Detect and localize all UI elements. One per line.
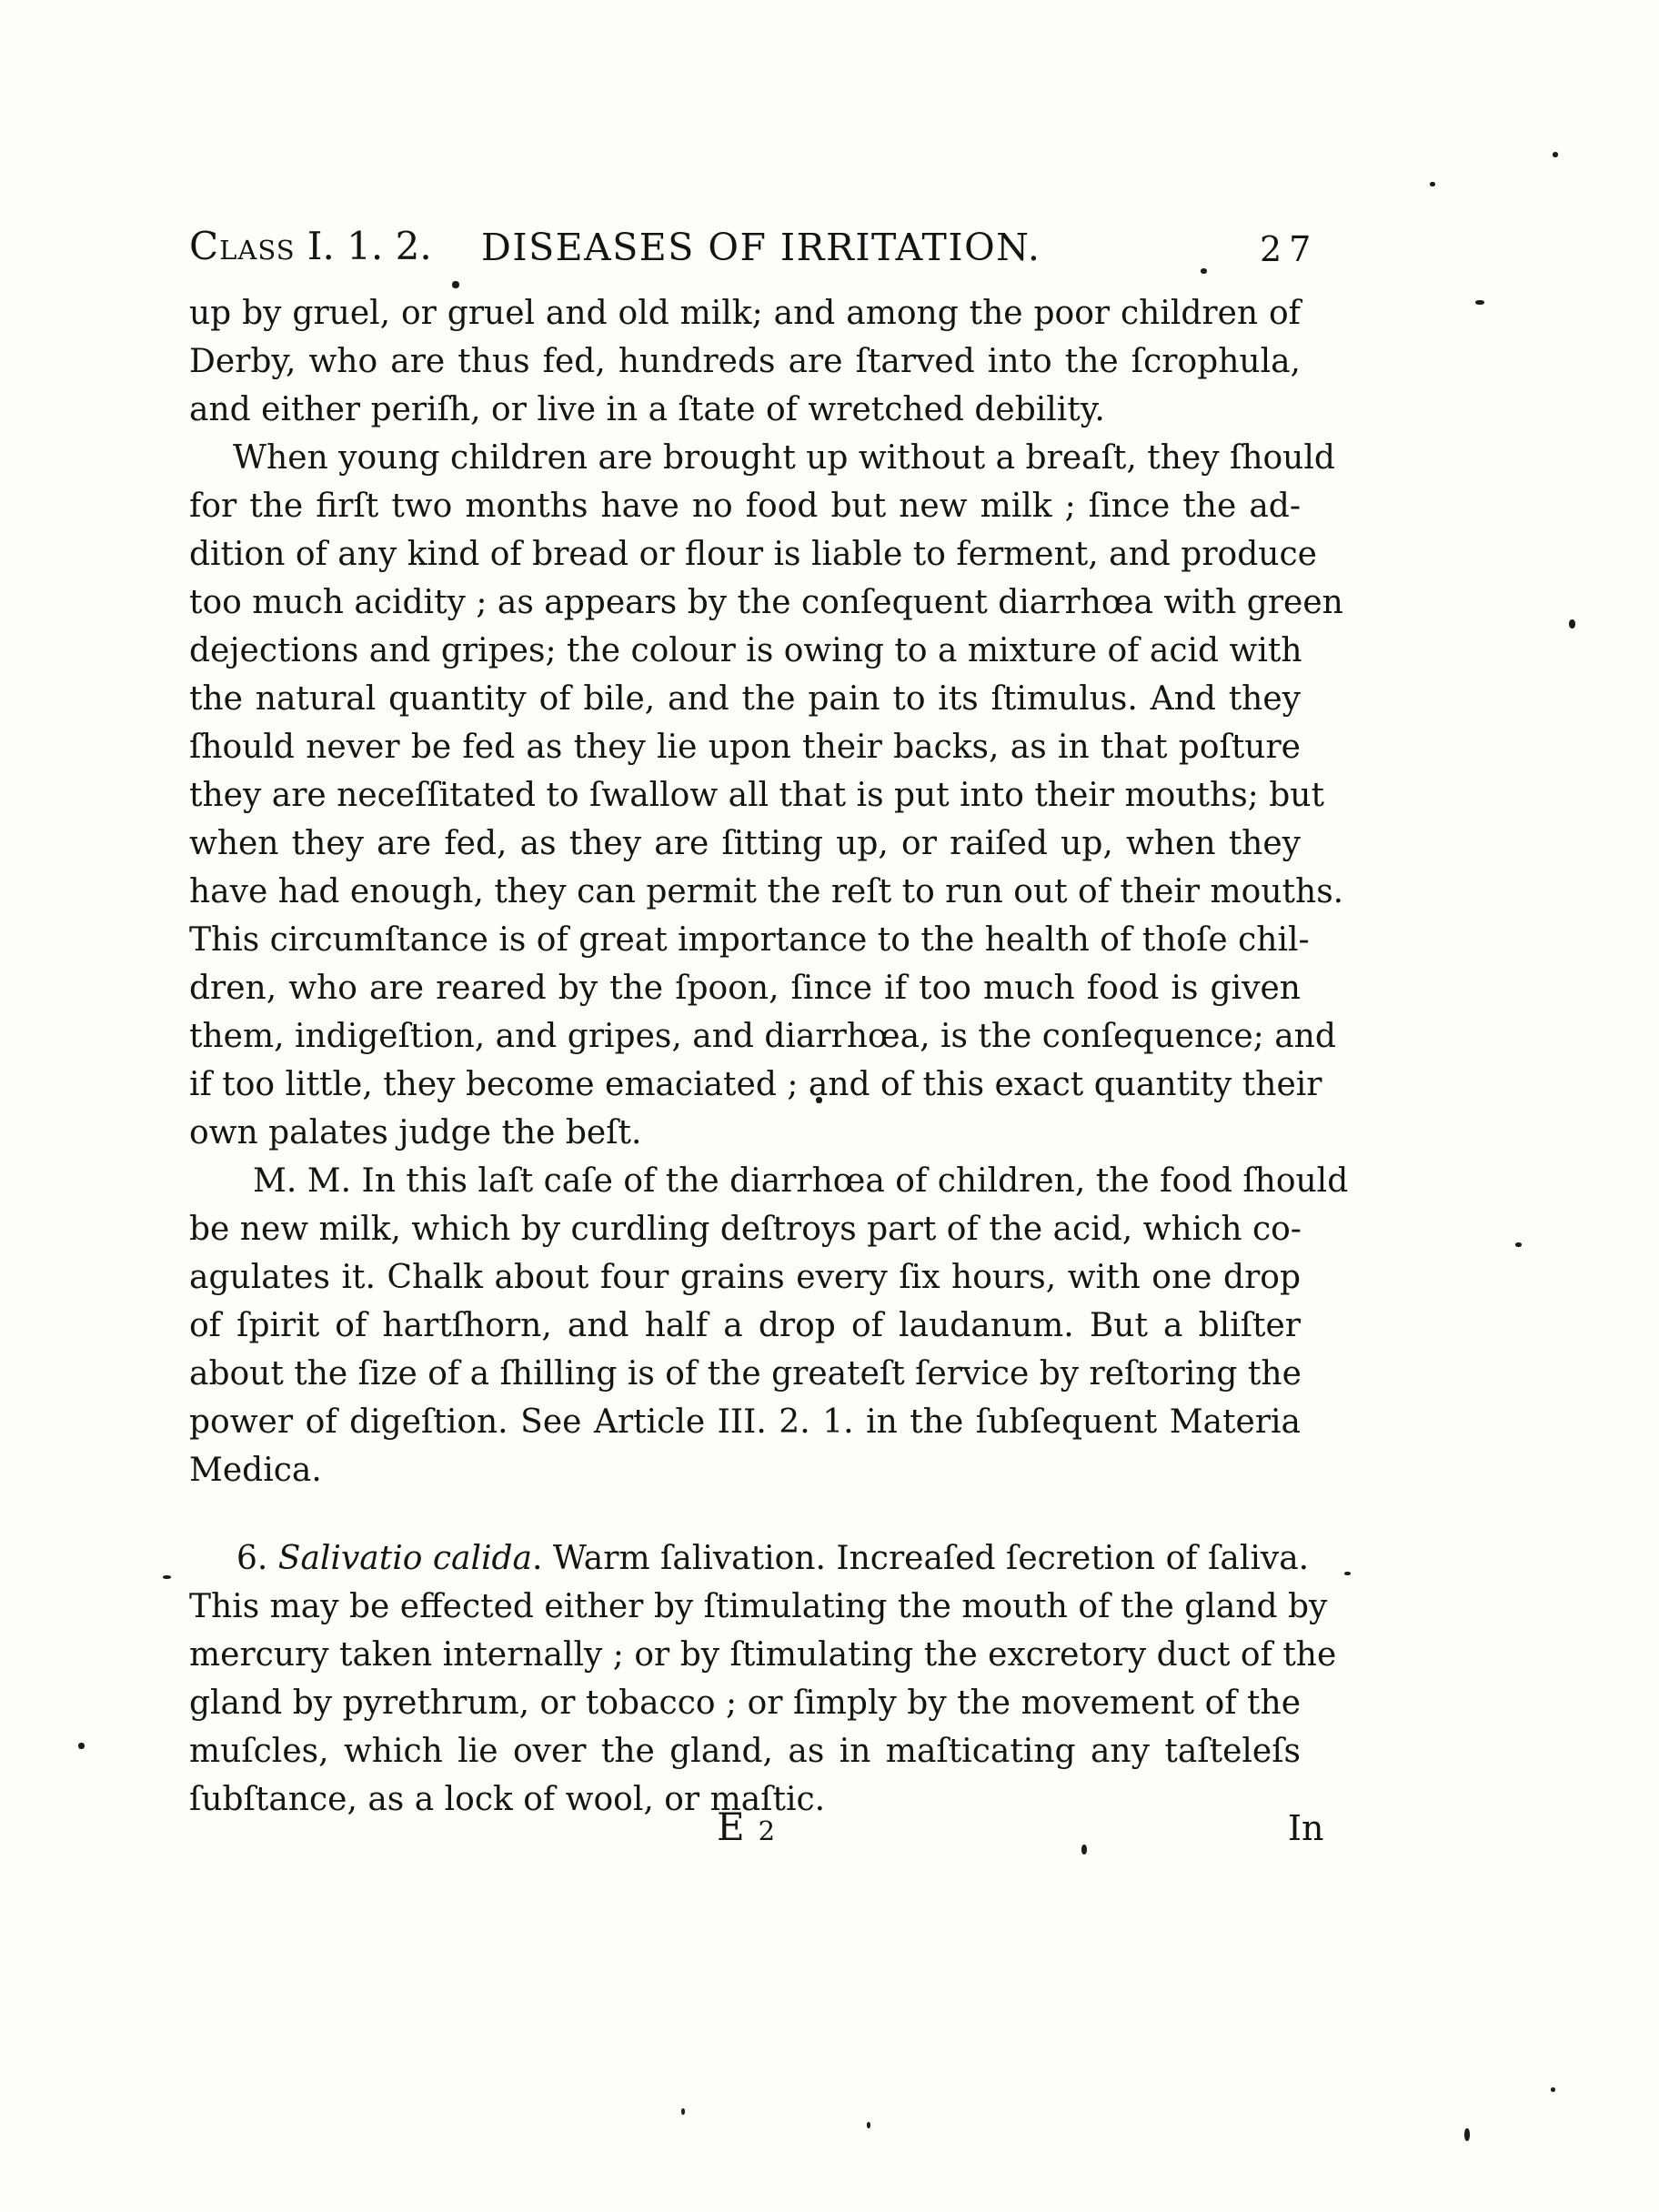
- ink-speck: [1201, 268, 1207, 274]
- text-line: This may be effected either by ſtimulati…: [189, 1583, 1301, 1631]
- text-line: This circumſtance is of great importance…: [189, 916, 1301, 964]
- text-line: they are neceſſitated to ſwallow all tha…: [189, 771, 1301, 819]
- text-line: own palates judge the beſt.: [189, 1109, 1301, 1157]
- page-title: DISEASES OF IRRITATION.: [481, 226, 1041, 269]
- text-line: of ſpirit of hartſhorn, and half a drop …: [189, 1302, 1301, 1350]
- ink-speck: [78, 1743, 85, 1749]
- ink-speck: [163, 1575, 171, 1579]
- ink-speck: [681, 2108, 685, 2115]
- section-latin-title: Salivatio calida: [278, 1540, 532, 1577]
- ink-speck: [1430, 182, 1435, 186]
- text-line: dejections and gripes; the colour is owi…: [189, 627, 1301, 675]
- ink-speck: [1081, 1845, 1087, 1855]
- ink-speck: [867, 2122, 870, 2128]
- text-line: up by gruel, or gruel and old milk; and …: [189, 289, 1301, 337]
- text-line: dren, who are reared by the ſpoon, ſince…: [189, 964, 1301, 1012]
- text-line: the natural quantity of bile, and the pa…: [189, 675, 1301, 723]
- text-line: When young children are brought up witho…: [189, 434, 1301, 482]
- text-block: up by gruel, or gruel and old milk; and …: [189, 289, 1301, 1824]
- running-head-class: Class I. 1. 2.: [189, 224, 432, 268]
- paragraph: up by gruel, or gruel and old milk; and …: [189, 289, 1301, 434]
- text-line: ſhould never be fed as they lie upon the…: [189, 723, 1301, 771]
- signature-mark: E2: [717, 1805, 775, 1849]
- ink-speck: [1475, 300, 1484, 305]
- ink-speck: [1569, 619, 1575, 628]
- text-line: mercury taken internally ; or by ſtimula…: [189, 1631, 1301, 1679]
- text-line: and either periſh, or live in a ſtate of…: [189, 386, 1301, 434]
- text-line: M. M. In this laſt caſe of the diarrhœa …: [189, 1157, 1301, 1205]
- ink-speck: [1464, 2128, 1470, 2141]
- paragraph: When young children are brought up witho…: [189, 434, 1301, 1157]
- text-line: Medica.: [189, 1446, 1301, 1494]
- text-line: them, indigeſtion, and gripes, and diarr…: [189, 1012, 1301, 1061]
- page: Class I. 1. 2. DISEASES OF IRRITATION. 2…: [0, 0, 1659, 2212]
- ink-speck: [1551, 2087, 1555, 2092]
- text-line: gland by pyrethrum, or tobacco ; or ſimp…: [189, 1679, 1301, 1727]
- signature-number: 2: [759, 1815, 775, 1846]
- text-line: 6. Salivatio calida. Warm ſalivation. In…: [189, 1534, 1301, 1583]
- class-label: Class: [189, 224, 296, 268]
- class-number: I. 1. 2.: [296, 224, 432, 268]
- text-line: muſcles, which lie over the gland, as in…: [189, 1727, 1301, 1775]
- page-number: 27: [1260, 229, 1318, 269]
- text-line: if too little, they become emaciated ; a…: [189, 1061, 1301, 1109]
- text-line: for the firſt two months have no food bu…: [189, 482, 1301, 530]
- ink-speck: [1553, 152, 1558, 157]
- ink-speck: [452, 281, 459, 288]
- text-line: about the ſize of a ſhilling is of the g…: [189, 1350, 1301, 1398]
- ink-speck: [816, 1097, 822, 1103]
- section-number: 6.: [236, 1540, 278, 1577]
- text-line: agulates it. Chalk about four grains eve…: [189, 1253, 1301, 1302]
- paragraph-section-6: 6. Salivatio calida. Warm ſalivation. In…: [189, 1534, 1301, 1824]
- text-line: power of digeſtion. See Article III. 2. …: [189, 1398, 1301, 1446]
- text-line: when they are fed, as they are ſitting u…: [189, 819, 1301, 868]
- text-line: be new milk, which by curdling deſtroys …: [189, 1205, 1301, 1253]
- text-line: too much acidity ; as appears by the con…: [189, 578, 1301, 627]
- catchword: In: [1288, 1808, 1323, 1848]
- text-line: dition of any kind of bread or flour is …: [189, 530, 1301, 578]
- section-heading-rest: . Warm ſalivation. Increaſed ſecretion o…: [532, 1540, 1309, 1577]
- ink-speck: [1344, 1572, 1351, 1575]
- signature-letter: E: [717, 1805, 745, 1849]
- paragraph: M. M. In this laſt caſe of the diarrhœa …: [189, 1157, 1301, 1494]
- ink-speck: [1515, 1242, 1522, 1247]
- text-line: have had enough, they can permit the reſ…: [189, 868, 1301, 916]
- text-line: Derby, who are thus fed, hundreds are ſt…: [189, 337, 1301, 386]
